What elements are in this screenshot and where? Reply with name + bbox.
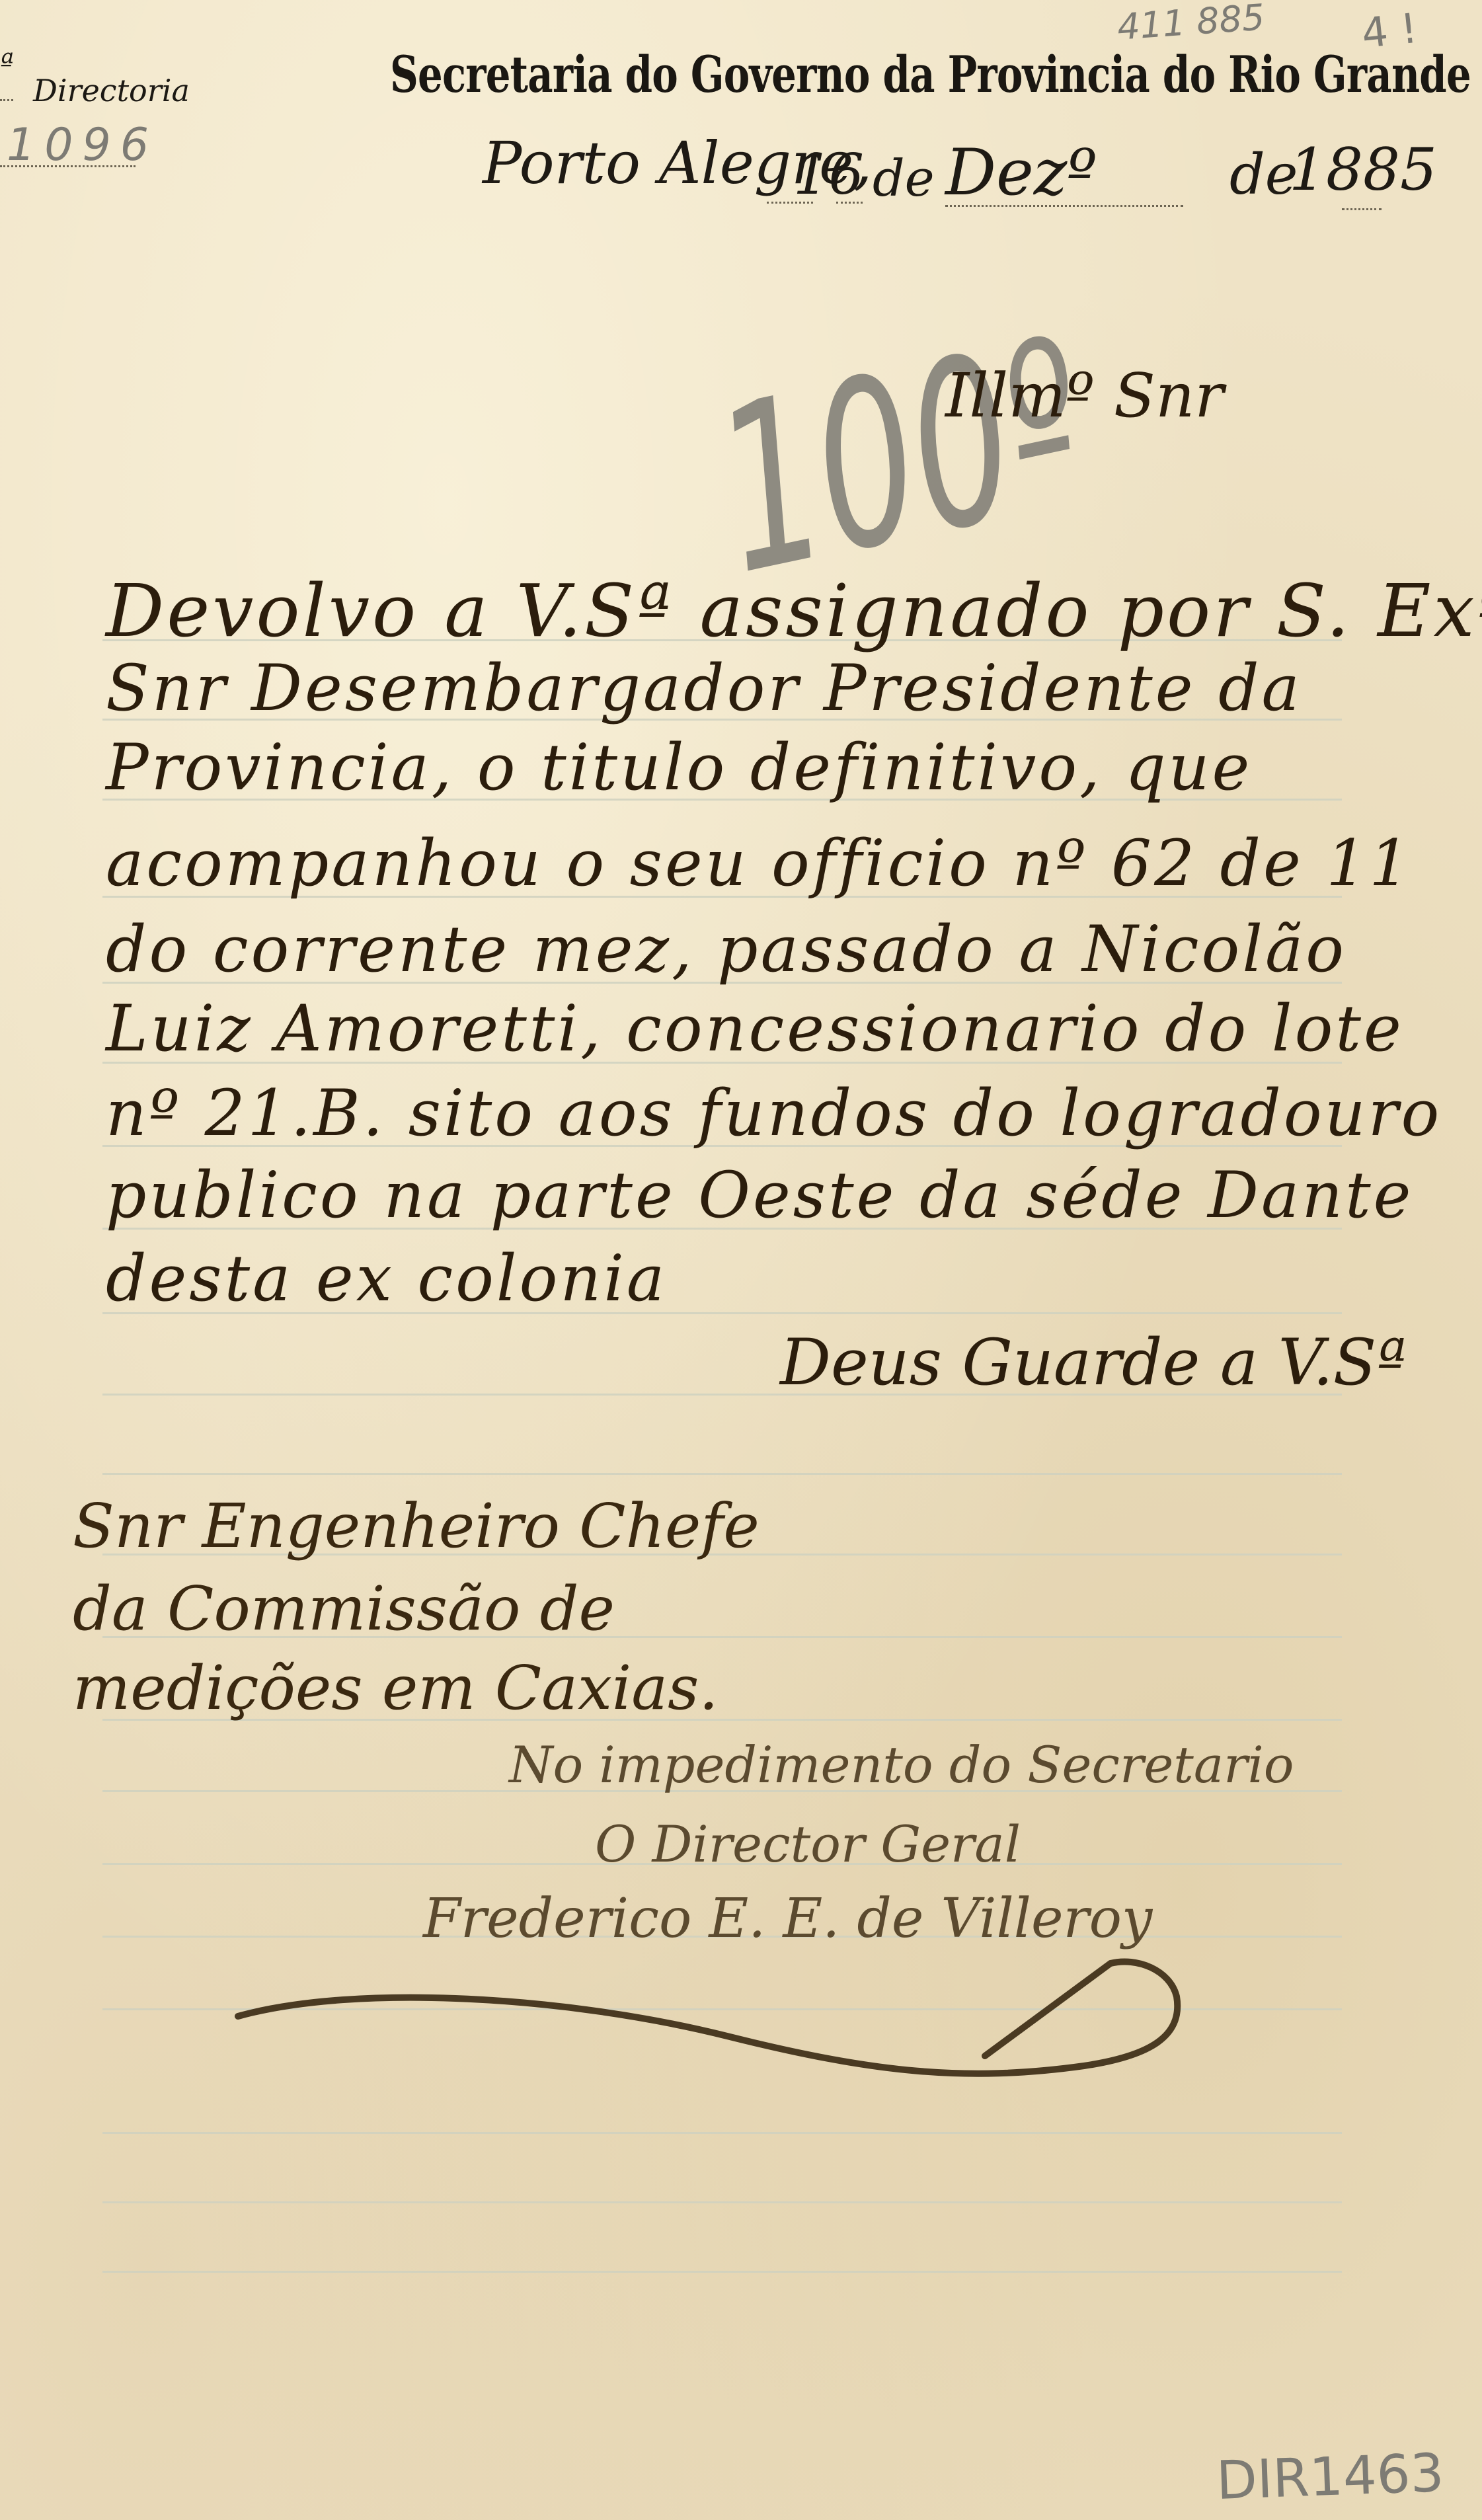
body-line: acompanhou o seu officio nº 62 de 11	[106, 826, 1412, 900]
signature-line: O Director Geral	[595, 1815, 1021, 1873]
dotted-line	[767, 202, 813, 204]
body-line: Devolvo a V.Sª assignado por S. Exª o	[106, 569, 1482, 653]
signature-flourish-icon	[225, 1957, 1229, 2089]
department-label: Directoria	[33, 73, 190, 108]
signature-line: No impedimento do Secretario	[509, 1735, 1294, 1794]
letterhead-title: Secretaria do Governo da Provincia do Ri…	[390, 45, 1482, 104]
body-line: publico na parte Oeste da séde Dante	[106, 1158, 1413, 1232]
file-number: 1096	[7, 119, 158, 171]
ruled-line	[102, 2271, 1342, 2273]
date-day: 16	[793, 142, 864, 207]
addressee-line: medições em Caxias.	[73, 1653, 719, 1723]
ruled-line	[102, 2201, 1342, 2203]
dotted-line	[0, 165, 136, 167]
salutation: Illmº Snr	[945, 360, 1224, 431]
ruled-line	[102, 2132, 1342, 2134]
dotted-line	[0, 99, 13, 101]
body-line: Provincia, o titulo definitivo, que	[106, 730, 1252, 805]
body-line: desta ex colonia	[106, 1241, 667, 1316]
date-de-2: de	[1229, 142, 1298, 207]
ordinal-prefix: ª	[0, 48, 14, 81]
dotted-line	[836, 202, 863, 204]
addressee-line: da Commissão de	[73, 1573, 615, 1644]
closing-formula: Deus Guarde a V.Sª	[780, 1325, 1407, 1399]
dotted-line	[1342, 208, 1382, 210]
dotted-line	[945, 205, 1183, 207]
body-line: Luiz Amoretti, concessionario do lote	[106, 992, 1404, 1066]
ruled-line	[102, 1473, 1342, 1475]
signature-name: Frederico E. E. de Villeroy	[423, 1887, 1152, 1950]
date-de-1: de	[873, 149, 935, 208]
body-line: nº 21.B. sito aos fundos do logradouro	[106, 1076, 1442, 1150]
body-line: Snr Desembargador Presidente da	[106, 651, 1302, 725]
date-month: Dezº	[945, 136, 1097, 210]
date-year: 1885	[1289, 136, 1437, 204]
archive-code: DIR1463	[1215, 2442, 1444, 2511]
body-line: do corrente mez, passado a Nicolão	[106, 912, 1346, 986]
addressee-line: Snr Engenheiro Chefe	[73, 1491, 760, 1561]
archive-pencil-number: 411 885	[1116, 0, 1266, 48]
